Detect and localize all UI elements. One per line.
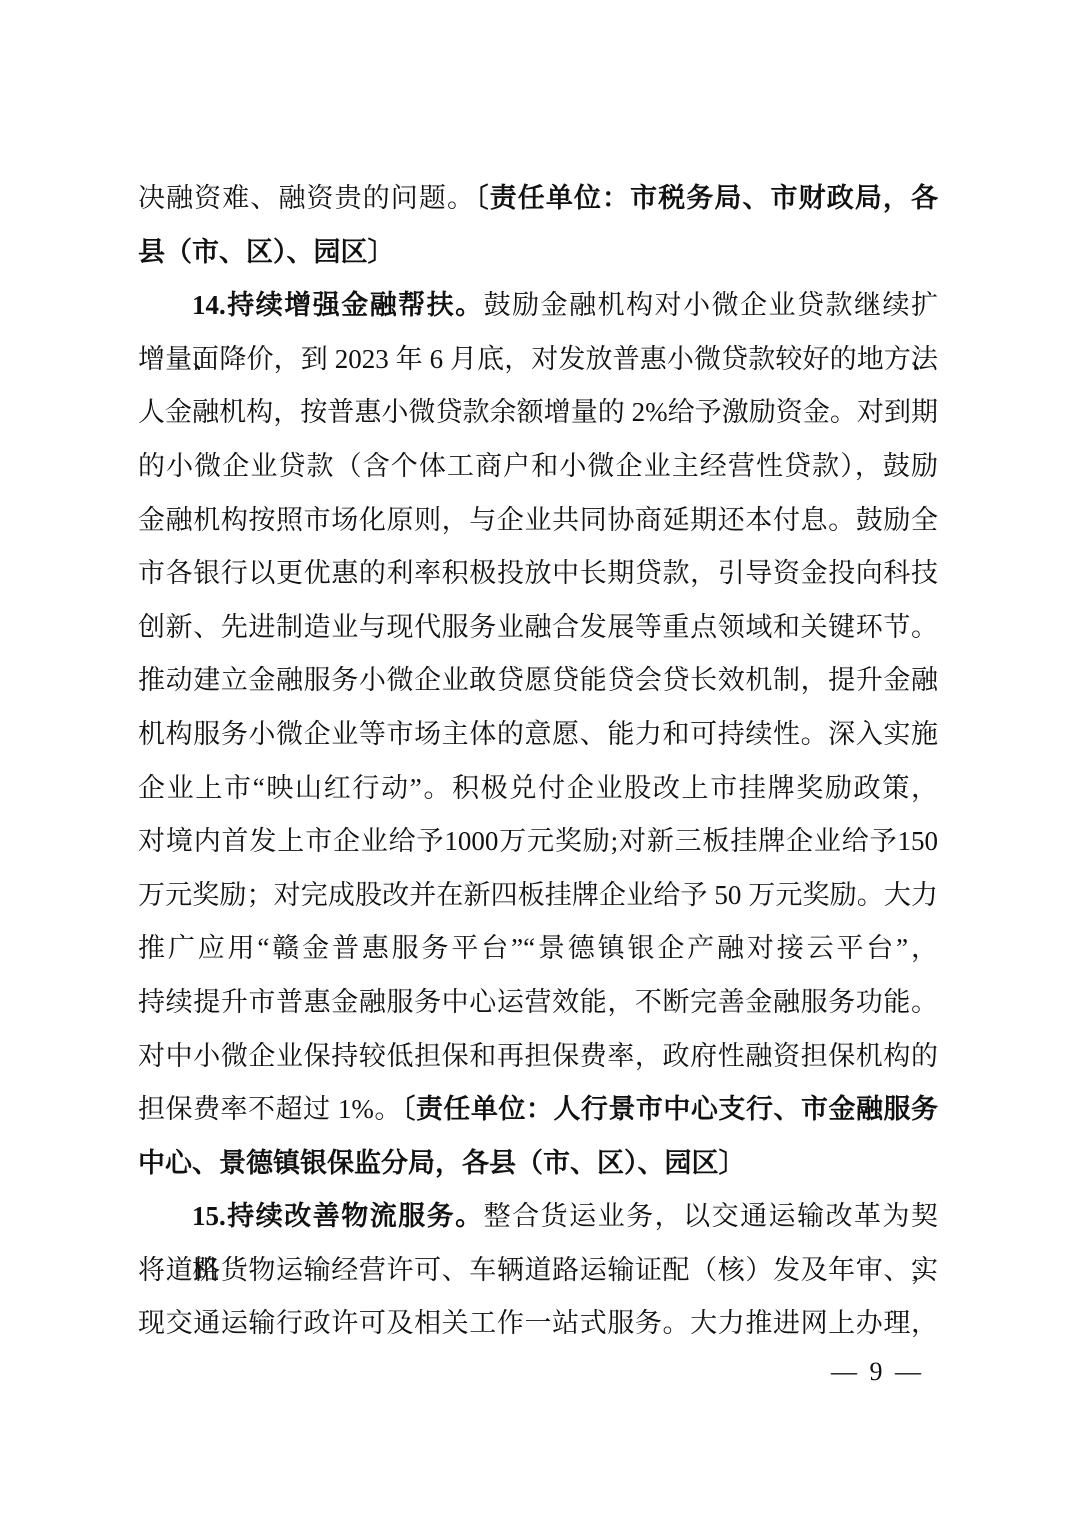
body-text: 决融资难、融资贵的问题。 xyxy=(138,183,475,213)
text-line: 现交通运输行政许可及相关工作一站式服务。大力推进网上办理， xyxy=(138,1297,938,1351)
text-line: 人金融机构，按普惠小微贷款余额增量的 2%给予激励资金。对到期 xyxy=(138,386,938,440)
text-line: 的小微企业贷款（含个体工商户和小微企业主经营性贷款），鼓励 xyxy=(138,440,938,494)
text-line: 担保费率不超过 1%。〔责任单位：人行景市中心支行、市金融服务 xyxy=(138,1083,938,1137)
text-line: 推动建立金融服务小微企业敢贷愿贷能贷会贷长效机制，提升金融 xyxy=(138,654,938,708)
body-text: 推动建立金融服务小微企业敢贷愿贷能贷会贷长效机制，提升金融 xyxy=(138,665,938,695)
body-text: 持续提升市普惠金融服务中心运营效能，不断完善金融服务功能。 xyxy=(138,987,938,1017)
text-line: 增量、降价，到 2023 年 6 月底，对发放普惠小微贷款较好的地方法 xyxy=(138,333,938,387)
body-text: 对中小微企业保持较低担保和再担保费率，政府性融资担保机构的 xyxy=(138,1041,938,1071)
text-line: 创新、先进制造业与现代服务业融合发展等重点领域和关键环节。 xyxy=(138,601,938,655)
responsible-unit-text: 中心、景德镇银保监分局，各县（市、区）、园区〕 xyxy=(138,1148,746,1178)
responsible-unit-text: 县（市、区）、园区〕 xyxy=(138,237,395,267)
body-text: 机构服务小微企业等市场主体的意愿、能力和可持续性。深入实施 xyxy=(138,719,938,749)
text-line: 中心、景德镇银保监分局，各县（市、区）、园区〕 xyxy=(138,1137,938,1191)
text-line: 企业上市“映山红行动”。积极兑付企业股改上市挂牌奖励政策， xyxy=(138,762,938,816)
text-line: 金融机构按照市场化原则，与企业共同协商延期还本付息。鼓励全 xyxy=(138,494,938,548)
body-text: 对境内首发上市企业给予1000万元奖励;对新三板挂牌企业给予150 xyxy=(138,826,938,856)
body-text: 创新、先进制造业与现代服务业融合发展等重点领域和关键环节。 xyxy=(138,612,938,642)
document-page: 决融资难、融资贵的问题。〔责任单位：市税务局、市财政局，各县（市、区）、园区〕1… xyxy=(0,0,1074,1520)
body-text: 市各银行以更优惠的利率积极投放中长期贷款，引导资金投向科技 xyxy=(138,558,938,588)
text-line: 对中小微企业保持较低担保和再担保费率，政府性融资担保机构的 xyxy=(138,1030,938,1084)
body-text: 将道路货物运输经营许可、车辆道路运输证配（核）发及年审、实 xyxy=(138,1255,938,1285)
item-heading-text: 15.持续改善物流服务。 xyxy=(192,1201,484,1231)
text-line: 县（市、区）、园区〕 xyxy=(138,226,938,280)
text-line: 持续提升市普惠金融服务中心运营效能，不断完善金融服务功能。 xyxy=(138,976,938,1030)
body-text: 现交通运输行政许可及相关工作一站式服务。大力推进网上办理， xyxy=(138,1308,938,1338)
body-text: 万元奖励；对完成股改并在新四板挂牌企业给予 50 万元奖励。大力 xyxy=(138,880,938,910)
body-text: 金融机构按照市场化原则，与企业共同协商延期还本付息。鼓励全 xyxy=(138,505,938,535)
text-line: 15.持续改善物流服务。整合货运业务，以交通运输改革为契机， xyxy=(138,1190,938,1244)
responsible-unit-text: 〔责任单位：市税务局、市财政局，各 xyxy=(475,183,938,213)
body-text: 人金融机构，按普惠小微贷款余额增量的 2%给予激励资金。对到期 xyxy=(138,397,938,427)
text-line: 对境内首发上市企业给予1000万元奖励;对新三板挂牌企业给予150 xyxy=(138,815,938,869)
responsible-unit-text: 〔责任单位：人行景市中心支行、市金融服务 xyxy=(402,1094,938,1124)
text-line: 万元奖励；对完成股改并在新四板挂牌企业给予 50 万元奖励。大力 xyxy=(138,869,938,923)
body-text: 增量、降价，到 2023 年 6 月底，对发放普惠小微贷款较好的地方法 xyxy=(138,344,938,374)
body-text: 推广应用“赣金普惠服务平台”“景德镇银企产融对接云平台”， xyxy=(138,933,938,963)
text-line: 市各银行以更优惠的利率积极投放中长期贷款，引导资金投向科技 xyxy=(138,547,938,601)
page-number: — 9 — xyxy=(831,1352,924,1392)
text-line: 将道路货物运输经营许可、车辆道路运输证配（核）发及年审、实 xyxy=(138,1244,938,1298)
text-line: 推广应用“赣金普惠服务平台”“景德镇银企产融对接云平台”， xyxy=(138,922,938,976)
body-text: 担保费率不超过 1%。 xyxy=(138,1094,402,1124)
text-line: 机构服务小微企业等市场主体的意愿、能力和可持续性。深入实施 xyxy=(138,708,938,762)
body-text: 的小微企业贷款（含个体工商户和小微企业主经营性贷款），鼓励 xyxy=(138,451,938,481)
text-block: 决融资难、融资贵的问题。〔责任单位：市税务局、市财政局，各县（市、区）、园区〕1… xyxy=(138,172,938,1351)
item-heading-text: 14.持续增强金融帮扶。 xyxy=(192,290,484,320)
text-line: 14.持续增强金融帮扶。鼓励金融机构对小微企业贷款继续扩面、 xyxy=(138,279,938,333)
body-text: 企业上市“映山红行动”。积极兑付企业股改上市挂牌奖励政策， xyxy=(138,773,938,803)
text-line: 决融资难、融资贵的问题。〔责任单位：市税务局、市财政局，各 xyxy=(138,172,938,226)
